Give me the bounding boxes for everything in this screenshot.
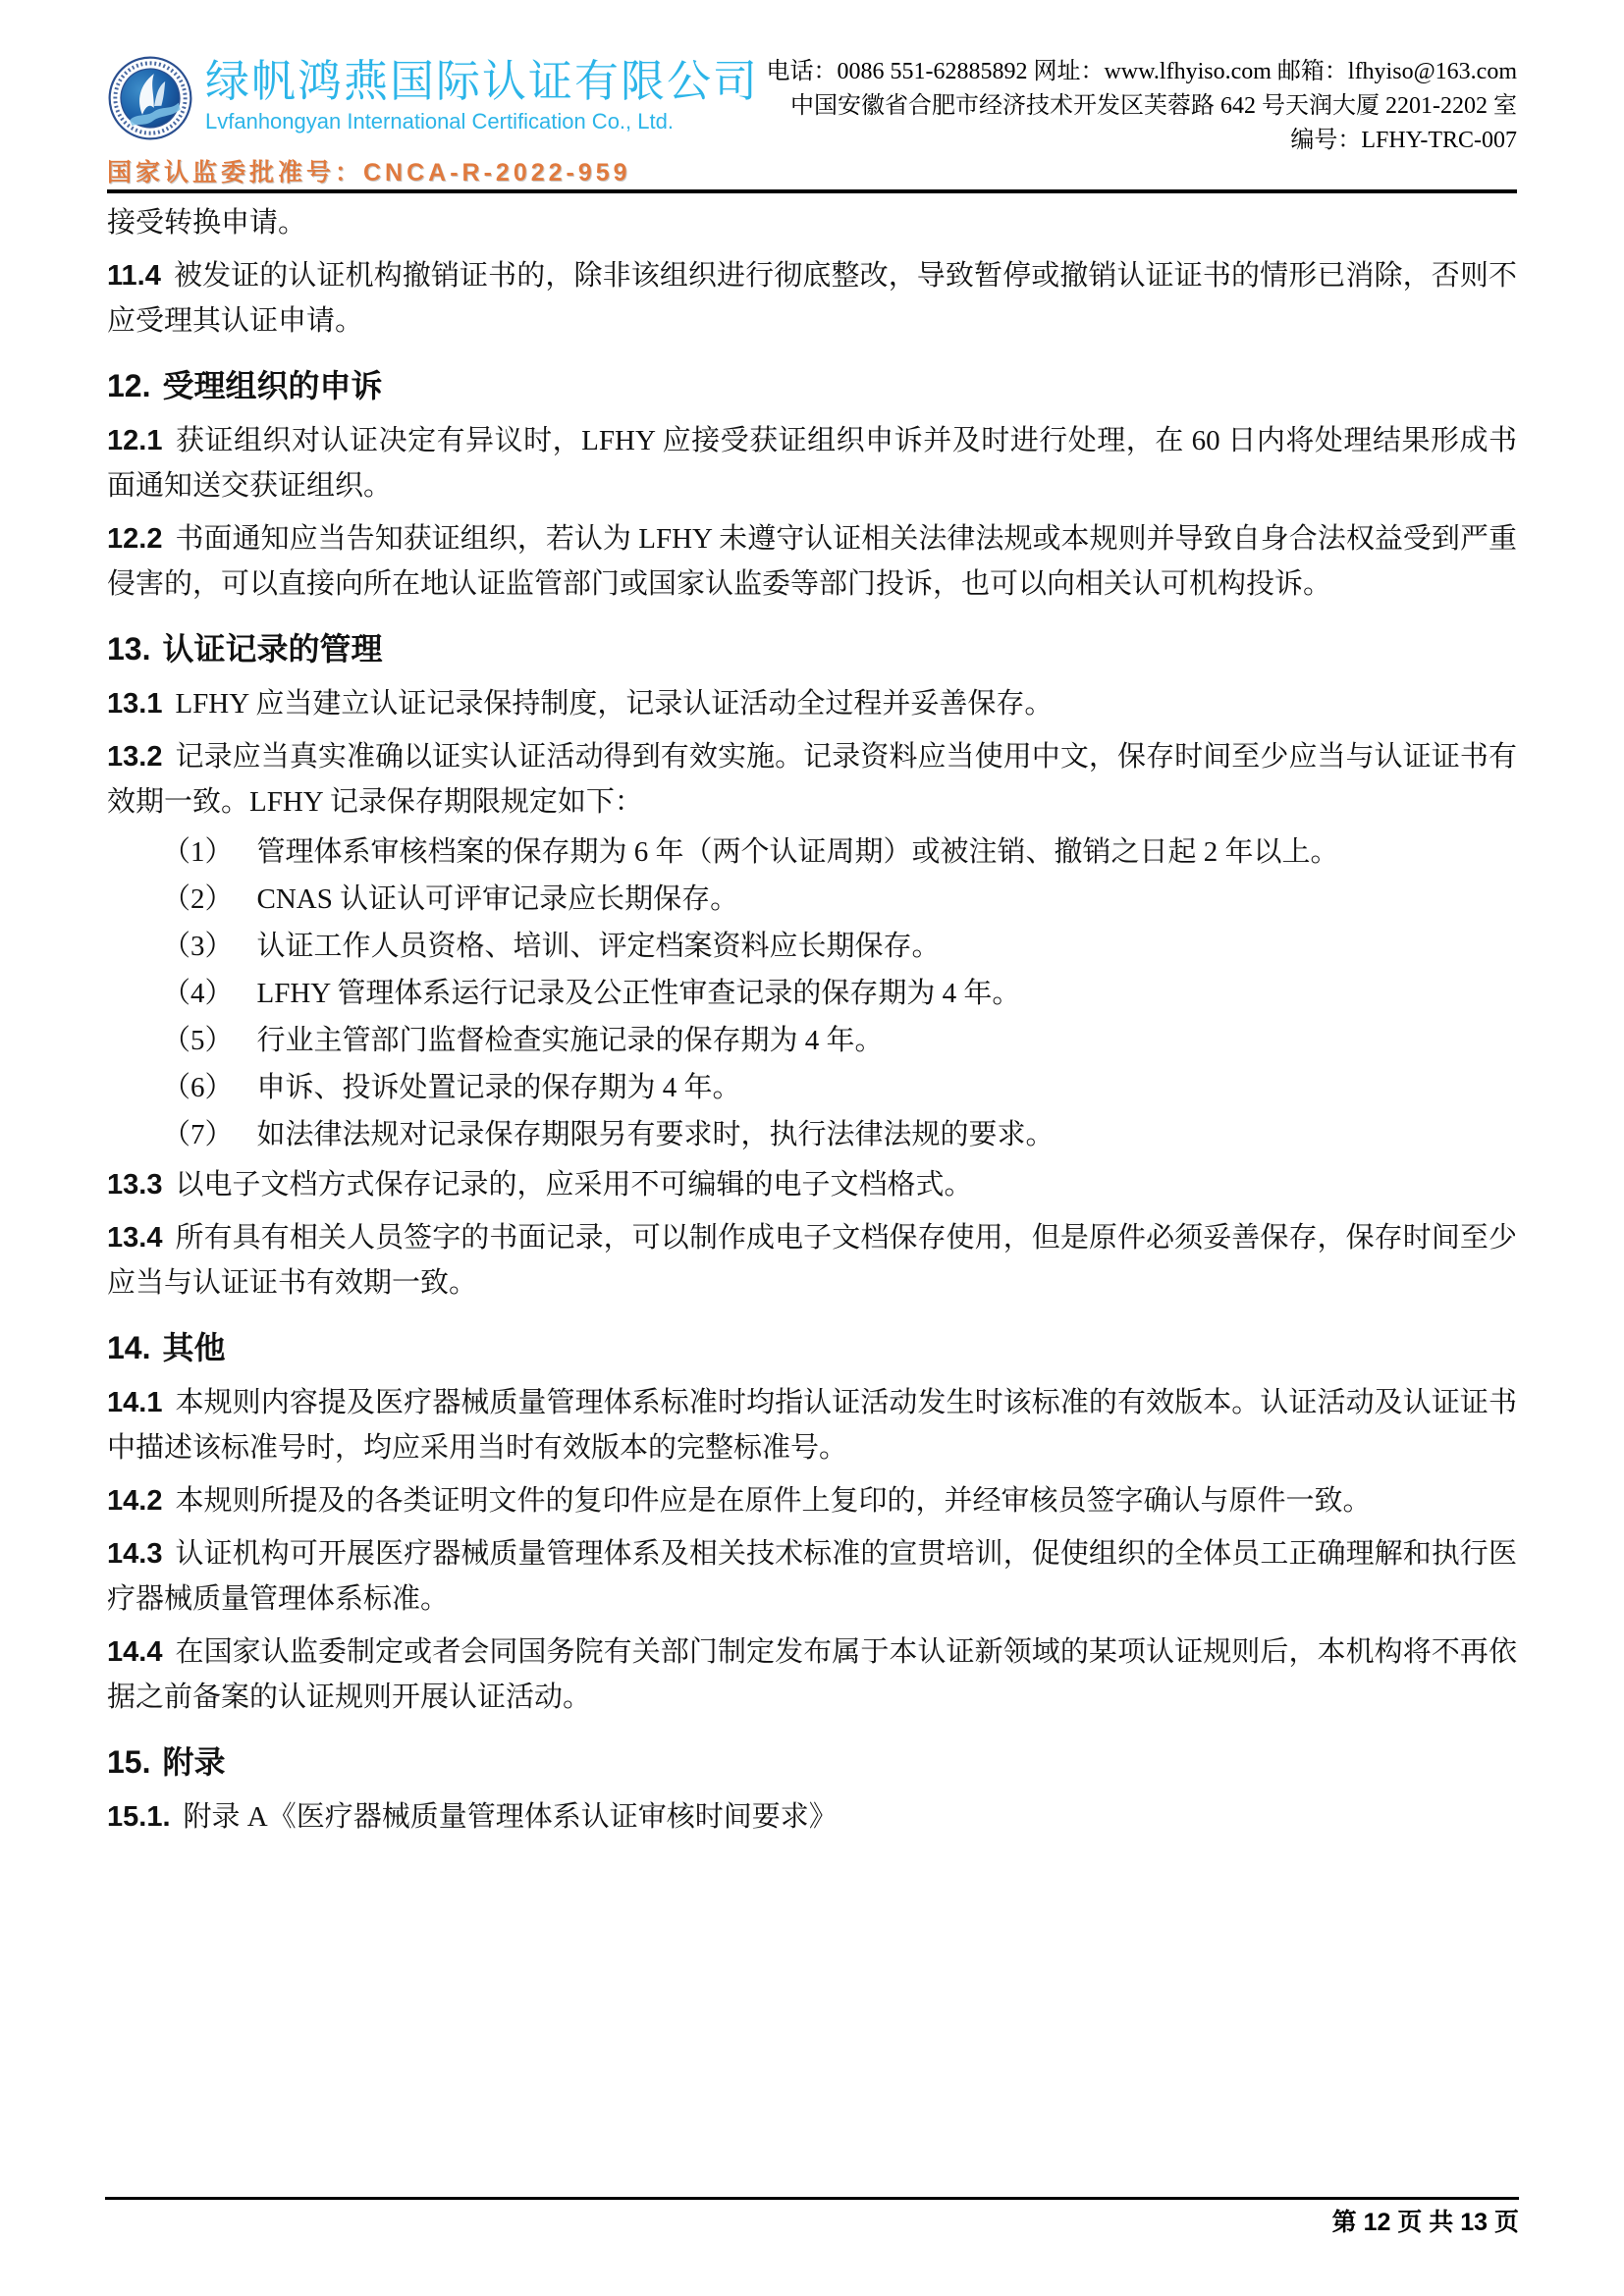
clause-number: 11.4 — [107, 260, 161, 292]
section-number: 13. — [107, 631, 150, 667]
list-item-number: （1） — [162, 836, 234, 868]
list-item-number: （3） — [162, 931, 234, 962]
list-item-text: 管理体系审核档案的保存期为 6 年（两个认证周期）或被注销、撤销之日起 2 年以… — [257, 836, 1339, 868]
section-heading: 14.其他 — [107, 1309, 1517, 1376]
paragraph-text: 本规则内容提及医疗器械质量管理体系标准时均指认证活动发生时该标准的有效版本。认证… — [107, 1387, 1517, 1464]
clause-number: 14.4 — [107, 1636, 162, 1668]
paragraph: 13.3以电子文档方式保存记录的，应采用不可编辑的电子文档格式。 — [107, 1158, 1517, 1211]
list-item: （4）LFHY 管理体系运行记录及公正性审查记录的保存期为 4 年。 — [107, 970, 1517, 1017]
list-item-text: LFHY 管理体系运行记录及公正性审查记录的保存期为 4 年。 — [257, 978, 1021, 1009]
paragraph: 13.1LFHY 应当建立认证记录保持制度，记录认证活动全过程并妥善保存。 — [107, 677, 1517, 730]
list-item-text: 行业主管部门监督检查实施记录的保存期为 4 年。 — [257, 1025, 884, 1056]
paragraph-text: 附录 A《医疗器械质量管理体系认证审核时间要求》 — [184, 1801, 838, 1833]
paragraph: 11.4被发证的认证机构撤销证书的，除非该组织进行彻底整改，导致暂停或撤销认证证… — [107, 249, 1517, 347]
paragraph-text: 书面通知应当告知获证组织，若认为 LFHY 未遵守认证相关法律法规或本规则并导致… — [107, 523, 1517, 600]
document-body: 接受转换申请。11.4被发证的认证机构撤销证书的，除非该组织进行彻底整改，导致暂… — [107, 196, 1517, 1843]
approval-number: 国家认监委批准号：CNCA-R-2022-959 — [107, 153, 759, 188]
list-item-number: （4） — [162, 978, 234, 1009]
paragraph: 13.2记录应当真实准确以证实认证活动得到有效实施。记录资料应当使用中文，保存时… — [107, 730, 1517, 828]
list-item: （7）如法律法规对记录保存期限另有要求时，执行法律法规的要求。 — [107, 1111, 1517, 1158]
section-number: 15. — [107, 1744, 150, 1780]
list-item: （1）管理体系审核档案的保存期为 6 年（两个认证周期）或被注销、撤销之日起 2… — [107, 828, 1517, 876]
section-title: 认证记录的管理 — [162, 631, 382, 667]
clause-number: 12.2 — [107, 523, 162, 555]
clause-number: 13.4 — [107, 1222, 162, 1254]
paragraph: 接受转换申请。 — [107, 196, 1517, 249]
list-item-text: CNAS 认证认可评审记录应长期保存。 — [257, 883, 739, 915]
list-item: （5）行业主管部门监督检查实施记录的保存期为 4 年。 — [107, 1017, 1517, 1064]
list-item-number: （6） — [162, 1072, 234, 1103]
paragraph: 14.3认证机构可开展医疗器械质量管理体系及相关技术标准的宣贯培训，促使组织的全… — [107, 1527, 1517, 1626]
clause-number: 13.1 — [107, 688, 162, 720]
page-header: 绿帆鸿燕国际认证有限公司 Lvfanhongyan International … — [107, 0, 1517, 193]
clause-number: 12.1 — [107, 425, 162, 456]
section-heading: 13.认证记录的管理 — [107, 611, 1517, 677]
paragraph: 12.1获证组织对认证决定有异议时，LFHY 应接受获证组织申诉并及时进行处理，… — [107, 414, 1517, 512]
list-item-number: （7） — [162, 1119, 234, 1150]
section-title: 附录 — [162, 1744, 225, 1780]
paragraph: 15.1.附录 A《医疗器械质量管理体系认证审核时间要求》 — [107, 1790, 1517, 1843]
sailboat-emblem-icon — [95, 41, 204, 156]
page-footer: 第 12 页 共 13 页 — [105, 2197, 1519, 2240]
clause-number: 14.2 — [107, 1485, 162, 1517]
document-page: 绿帆鸿燕国际认证有限公司 Lvfanhongyan International … — [0, 0, 1624, 2296]
document-number: 编号：LFHY-TRC-007 — [766, 124, 1517, 158]
list-item-number: （2） — [162, 883, 234, 915]
paragraph-text: 接受转换申请。 — [107, 207, 306, 239]
paragraph: 14.1本规则内容提及医疗器械质量管理体系标准时均指认证活动发生时该标准的有效版… — [107, 1376, 1517, 1474]
header-brand-block: 绿帆鸿燕国际认证有限公司 Lvfanhongyan International … — [107, 51, 759, 188]
list-item: （3）认证工作人员资格、培训、评定档案资料应长期保存。 — [107, 923, 1517, 970]
paragraph-text: 在国家认监委制定或者会同国务院有关部门制定发布属于本认证新领域的某项认证规则后，… — [107, 1636, 1517, 1713]
paragraph-text: 被发证的认证机构撤销证书的，除非该组织进行彻底整改，导致暂停或撤销认证证书的情形… — [107, 260, 1517, 337]
list-item-text: 认证工作人员资格、培训、评定档案资料应长期保存。 — [257, 931, 941, 962]
list-item-number: （5） — [162, 1025, 234, 1056]
clause-number: 14.1 — [107, 1387, 162, 1418]
clause-number: 13.2 — [107, 741, 162, 773]
list-item: （6）申诉、投诉处置记录的保存期为 4 年。 — [107, 1064, 1517, 1111]
page-number: 第 12 页 共 13 页 — [1332, 2209, 1519, 2236]
company-name-en: Lvfanhongyan International Certification… — [205, 108, 759, 135]
section-title: 受理组织的申诉 — [162, 368, 382, 403]
clause-number: 15.1. — [107, 1801, 171, 1833]
paragraph: 13.4所有具有相关人员签字的书面记录，可以制作成电子文档保存使用，但是原件必须… — [107, 1211, 1517, 1309]
paragraph-text: LFHY 应当建立认证记录保持制度，记录认证活动全过程并妥善保存。 — [175, 688, 1053, 720]
section-number: 14. — [107, 1330, 150, 1365]
list-item-text: 如法律法规对记录保存期限另有要求时，执行法律法规的要求。 — [257, 1119, 1055, 1150]
paragraph-text: 所有具有相关人员签字的书面记录，可以制作成电子文档保存使用，但是原件必须妥善保存… — [107, 1222, 1517, 1299]
header-contact-block: 电话：0086 551-62885892 网址：www.lfhyiso.com … — [766, 55, 1517, 158]
section-number: 12. — [107, 368, 150, 403]
company-name: 绿帆鸿燕国际认证有限公司 — [205, 57, 759, 106]
clause-number: 14.3 — [107, 1538, 162, 1570]
section-title: 其他 — [162, 1330, 225, 1365]
paragraph: 14.4在国家认监委制定或者会同国务院有关部门制定发布属于本认证新领域的某项认证… — [107, 1626, 1517, 1724]
paragraph-text: 本规则所提及的各类证明文件的复印件应是在原件上复印的，并经审核员签字确认与原件一… — [175, 1485, 1371, 1517]
contact-phone-web-email: 电话：0086 551-62885892 网址：www.lfhyiso.com … — [766, 55, 1517, 89]
paragraph-text: 获证组织对认证决定有异议时，LFHY 应接受获证组织申诉并及时进行处理，在 60… — [107, 425, 1517, 502]
paragraph: 14.2本规则所提及的各类证明文件的复印件应是在原件上复印的，并经审核员签字确认… — [107, 1474, 1517, 1527]
contact-address: 中国安徽省合肥市经济技术开发区芙蓉路 642 号天润大厦 2201-2202 室 — [766, 89, 1517, 124]
section-heading: 15.附录 — [107, 1724, 1517, 1790]
section-heading: 12.受理组织的申诉 — [107, 347, 1517, 414]
paragraph-text: 以电子文档方式保存记录的，应采用不可编辑的电子文档格式。 — [175, 1169, 972, 1201]
paragraph: 12.2书面通知应当告知获证组织，若认为 LFHY 未遵守认证相关法律法规或本规… — [107, 512, 1517, 611]
clause-number: 13.3 — [107, 1169, 162, 1201]
paragraph-text: 记录应当真实准确以证实认证活动得到有效实施。记录资料应当使用中文，保存时间至少应… — [107, 741, 1517, 818]
paragraph-text: 认证机构可开展医疗器械质量管理体系及相关技术标准的宣贯培训，促使组织的全体员工正… — [107, 1538, 1517, 1615]
list-item-text: 申诉、投诉处置记录的保存期为 4 年。 — [257, 1072, 741, 1103]
list-item: （2）CNAS 认证认可评审记录应长期保存。 — [107, 876, 1517, 923]
